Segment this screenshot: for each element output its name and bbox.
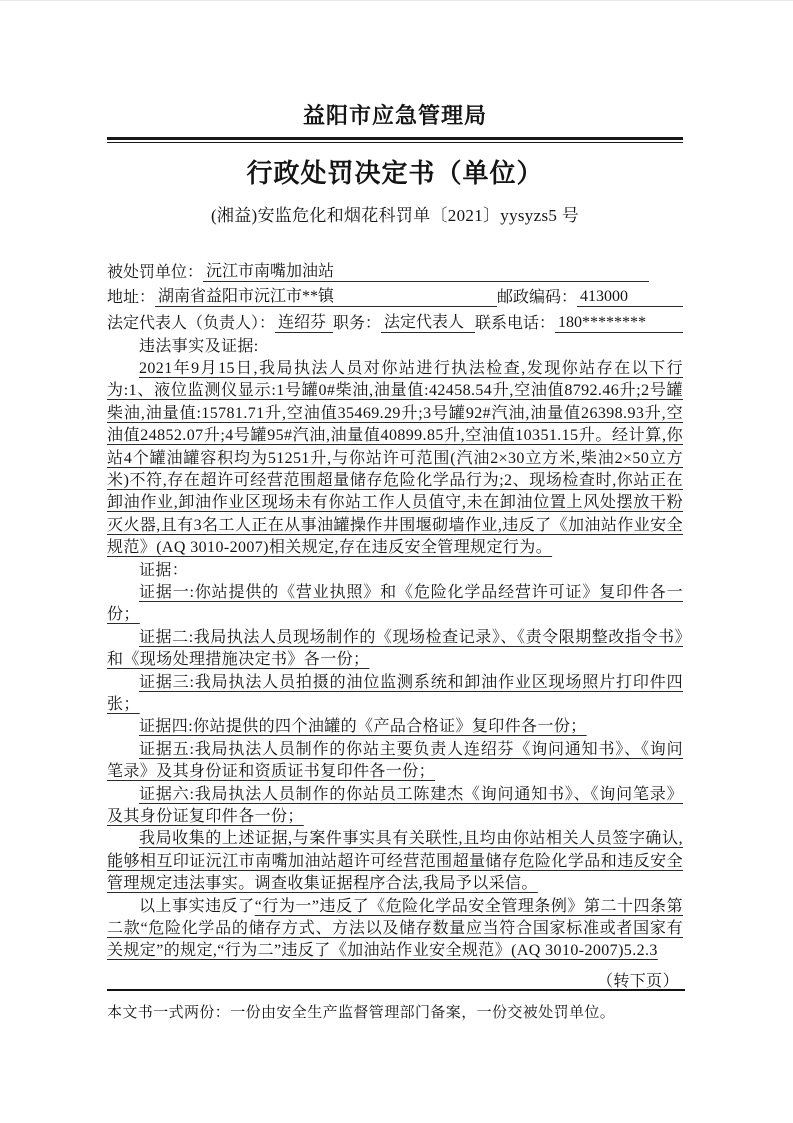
- legal-rep-label: 法定代表人（负责人）：: [107, 310, 275, 333]
- position-label: 职务：: [333, 310, 381, 333]
- penalty-decision-document: 益阳市应急管理局 行政处罚决定书（单位） (湘益)安监危化和烟花科罚单〔2021…: [0, 0, 793, 1123]
- evidence-item-1: 证据一:你站提供的《营业执照》和《危险化学品经营许可证》复印件各一份；: [107, 582, 683, 627]
- penalized-unit-value: 沅江市南嘴加油站: [203, 258, 649, 282]
- evidence-heading: 证据：: [107, 560, 683, 582]
- document-body: 违法事实及证据: 2021年9月15日,我局执法人员对你站进行执法检查,发现你站…: [107, 336, 683, 994]
- address-value: 湖南省益阳市沅江市**镇: [155, 283, 497, 307]
- header-double-rule: [107, 137, 683, 143]
- evidence-item-4: 证据四:你站提供的四个油罐的《产品合格证》复印件各一份；: [107, 716, 683, 738]
- postcode-value: 413000: [577, 288, 683, 307]
- legal-rep-value: 连绍芬: [275, 309, 333, 333]
- violation-paragraph: 以上事实违反了“行为一”违反了《危险化学品安全管理条例》第二十四条第二款“危险化…: [107, 896, 683, 963]
- phone-value: 180********: [555, 314, 683, 333]
- document-number: (湘益)安监危化和烟花科罚单〔2021〕yysyzs5 号: [107, 201, 683, 226]
- position-value: 法定代表人: [381, 309, 475, 333]
- penalized-unit-row: 被处罚单位： 沅江市南嘴加油站: [107, 256, 683, 282]
- evidence-item-3: 证据三:我局执法人员拍摄的油位监测系统和卸油作业区现场照片打印件四张；: [107, 672, 683, 717]
- evidence-item-5: 证据五:我局执法人员制作的你站主要负责人连绍芬《询问通知书》、《询问笔录》及其身…: [107, 739, 683, 784]
- postcode-label: 邮政编码：: [497, 284, 577, 307]
- violation-prefix: 以上事实违反了: [139, 898, 255, 915]
- issuing-agency-title: 益阳市应急管理局: [107, 99, 683, 130]
- phone-label: 联系电话：: [475, 310, 555, 333]
- penalized-unit-label: 被处罚单位：: [107, 259, 203, 282]
- evidence-conclusion-paragraph: 我局收集的上述证据,与案件事实具有关联性,且均由你站相关人员签字确认,能够相互印…: [107, 828, 683, 895]
- footer-note: 本文书一式两份：一份由安全生产监督管理部门备案，一份交被处罚单位。: [107, 989, 685, 1022]
- legal-rep-row: 法定代表人（负责人）： 连绍芬 职务： 法定代表人 联系电话： 180*****…: [107, 307, 683, 333]
- evidence-item-6: 证据六:我局执法人员制作的你站员工陈建杰《询问通知书》、《询问笔录》及其身份证复…: [107, 784, 683, 829]
- address-label: 地址：: [107, 284, 155, 307]
- evidence-item-2: 证据二:我局执法人员现场制作的《现场检查记录》、《责令限期整改指令书》和《现场处…: [107, 627, 683, 672]
- facts-heading: 违法事实及证据:: [107, 336, 683, 358]
- facts-paragraph: 2021年9月15日,我局执法人员对你站进行执法检查,发现你站存在以下行为:1、…: [107, 358, 683, 560]
- document-content: 益阳市应急管理局 行政处罚决定书（单位） (湘益)安监危化和烟花科罚单〔2021…: [107, 1, 683, 993]
- address-row: 地址： 湖南省益阳市沅江市**镇 邮政编码： 413000: [107, 282, 683, 308]
- footer-note-text: 本文书一式两份：一份由安全生产监督管理部门备案，一份交被处罚单位。: [107, 1005, 615, 1021]
- document-title: 行政处罚决定书（单位）: [107, 153, 683, 190]
- party-info-fields: 被处罚单位： 沅江市南嘴加油站 地址： 湖南省益阳市沅江市**镇 邮政编码： 4…: [107, 256, 683, 333]
